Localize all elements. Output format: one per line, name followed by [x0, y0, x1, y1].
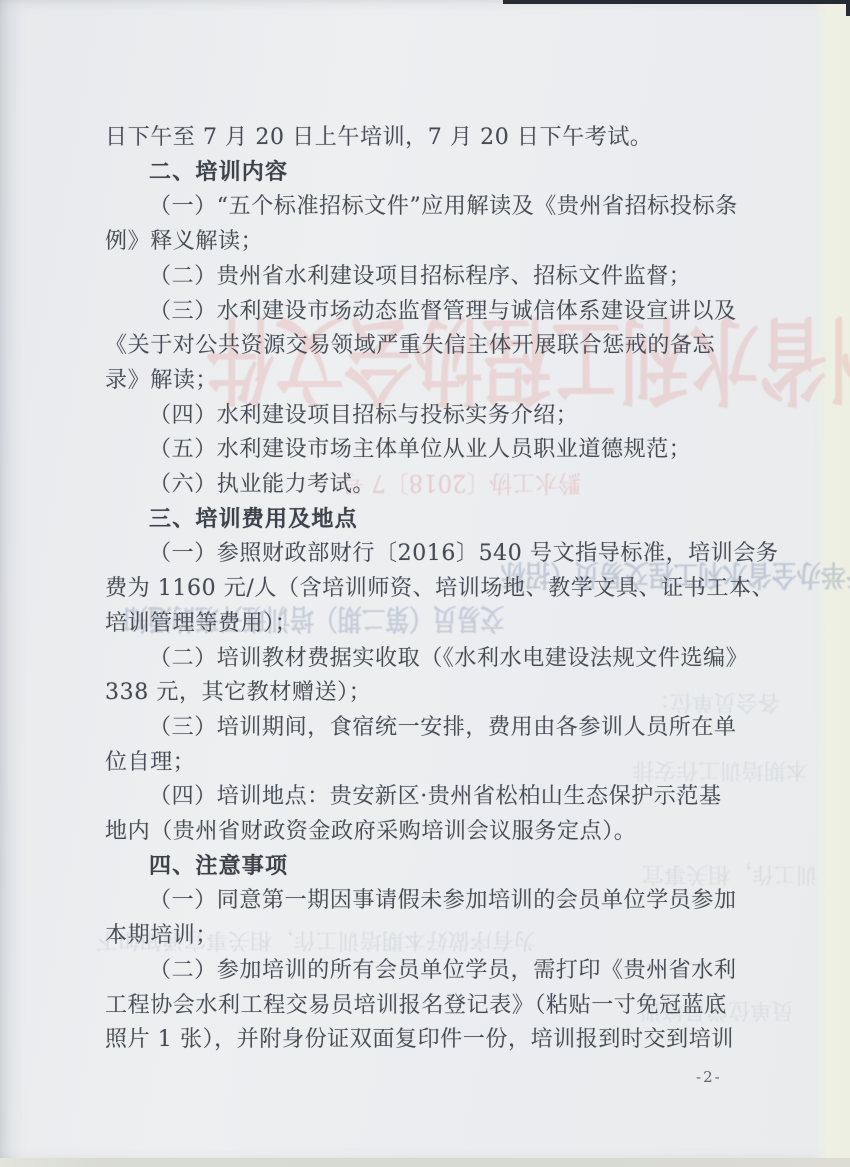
page-number: -2-	[696, 1068, 722, 1086]
text-line-3: （一）“五个标准招标文件”应用解读及《贵州省招标投标条	[149, 189, 738, 224]
text-line-5: （二）贵州省水利建设项目招标程序、招标文件监督；	[149, 259, 691, 294]
text-line-15: 培训管理等费用）；	[105, 606, 297, 641]
text-line-10: （五）水利建设市场主体单位从业人员职业道德规范；	[149, 432, 691, 467]
text-line-6: （三）水利建设市场动态监督管理与诚信体系建设宣讲以及	[149, 294, 737, 329]
text-line-25: （二）参加培训的所有会员单位学员，需打印《贵州省水利	[149, 953, 737, 988]
text-line-7: 《关于对公共资源交易领域严重失信主体开展联合惩戒的备忘	[105, 328, 715, 363]
text-line-19: 位自理；	[105, 745, 195, 780]
text-line-20: （四）培训地点：贵安新区·贵州省松柏山生态保护示范基	[149, 779, 722, 814]
text-line-26: 工程协会水利工程交易员培训报名登记表》（粘贴一寸免冠蓝底	[105, 988, 727, 1023]
scan-bottom-edge	[0, 1158, 850, 1167]
text-line-12: 三、培训费用及地点	[149, 502, 358, 537]
text-line-17: 338 元，其它教材赠送）；	[105, 675, 371, 710]
text-line-4: 例》释义解读；	[105, 224, 263, 259]
text-line-21: 地内（贵州省财政资金政府采购培训会议服务定点）。	[105, 814, 636, 849]
text-line-9: （四）水利建设项目招标与投标实务介绍；	[149, 398, 578, 433]
text-line-14: 费为 1160 元/人（含培训师资、培训场地、教学文具、证书工本、	[105, 571, 774, 606]
text-line-8: 录》解读；	[105, 363, 218, 398]
text-line-18: （三）培训期间，食宿统一安排，费用由各参训人员所在单	[149, 710, 737, 745]
text-line-24: 本期培训；	[105, 918, 218, 953]
scan-dark-edge-top	[503, 0, 850, 4]
scan-dark-edge-right	[846, 0, 850, 16]
text-line-1: 日下午至 7 月 20 日上午培训，7 月 20 日下午考试。	[105, 120, 653, 155]
bleedthrough-text-2: 黔水工协〔2018〕7 号	[341, 468, 580, 503]
text-line-22: 四、注意事项	[149, 849, 288, 884]
text-line-13: （一）参照财政部财行〔2016〕540 号文指导标准，培训会务	[149, 536, 779, 571]
text-line-16: （二）培训教材费据实收取（《水利水电建设法规文件选编》	[149, 641, 748, 676]
text-line-2: 二、培训内容	[149, 155, 288, 190]
text-line-11: （六）执业能力考试。	[149, 467, 375, 502]
scan-right-margin-strip	[812, 3, 850, 1167]
text-line-23: （一）同意第一期因事请假未参加培训的会员单位学员参加	[149, 883, 737, 918]
text-line-27: 照片 1 张），并附身份证双面复印件一份，培训报到时交到培训	[105, 1022, 734, 1057]
scanned-document-page: 贵州省水利工程协会文件黔水工协〔2018〕7 号于举办全省水利工程交易员（招标交…	[0, 0, 850, 1167]
